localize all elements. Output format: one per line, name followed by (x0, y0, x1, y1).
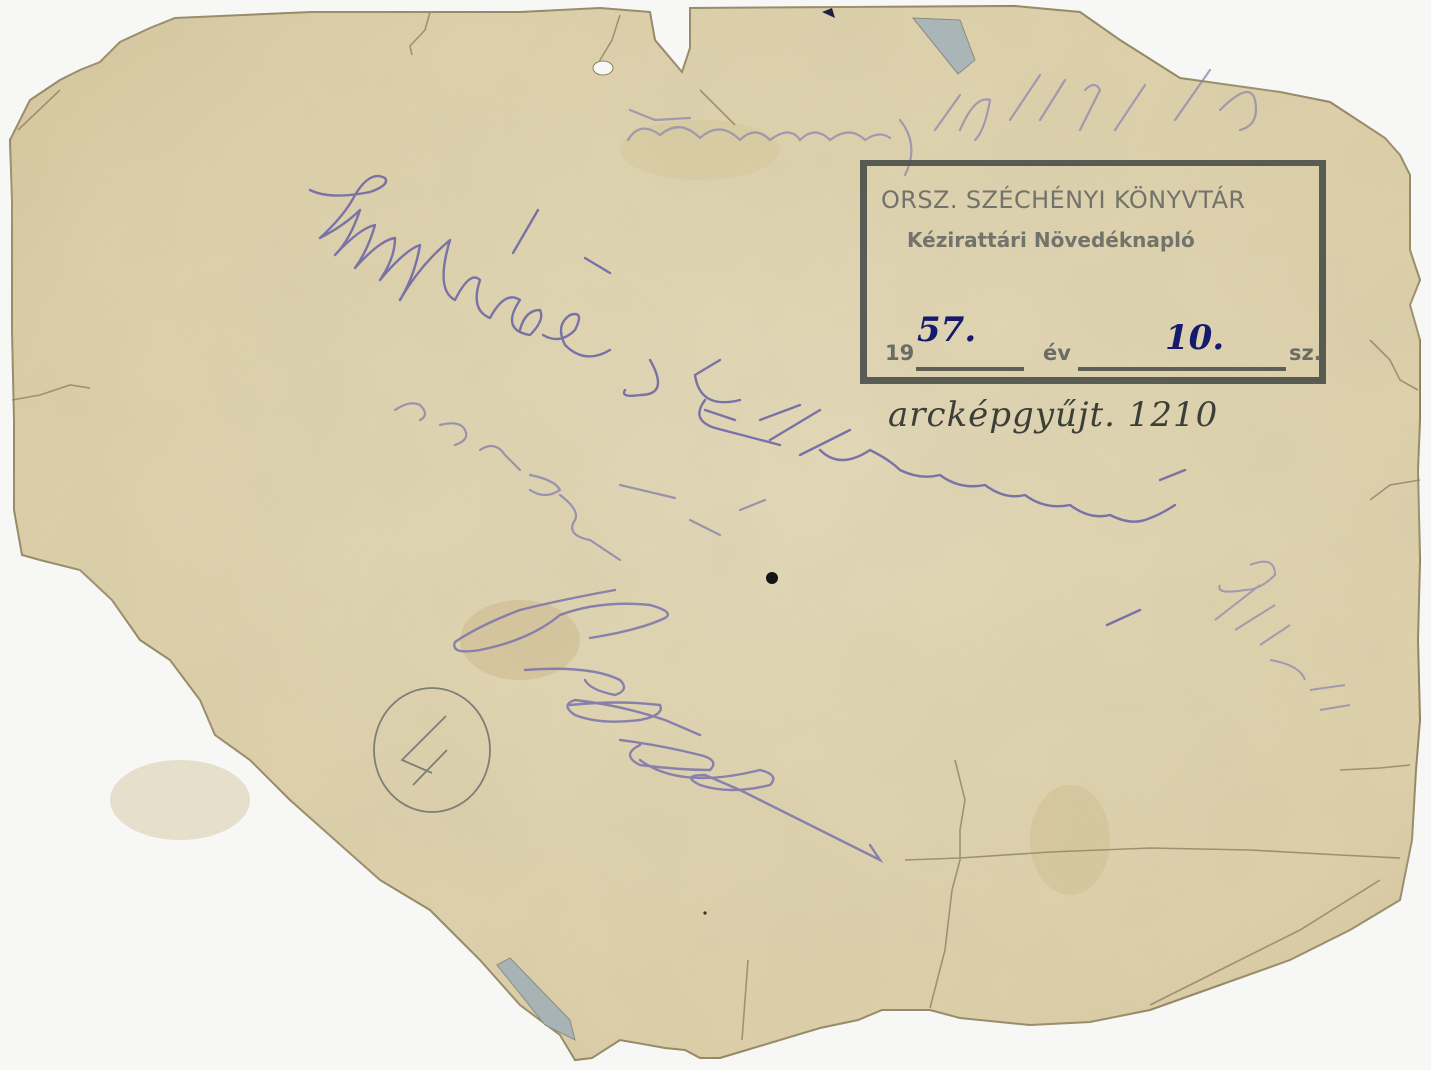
stamp-register: Kézirattári Növedéknapló (907, 228, 1307, 252)
collection-note: arcképgyűjt. 1210 (888, 395, 1218, 435)
stamp-year-rule (916, 367, 1024, 371)
punch-hole (593, 61, 613, 75)
stamp-year-label: év (1043, 341, 1071, 365)
stamp-number-value: 10. (1165, 318, 1224, 358)
ink-dot (766, 572, 778, 584)
stamp-year-value: 57. (917, 310, 976, 350)
stamp-year-prefix: 19 (885, 341, 914, 365)
stamp-institution: ORSZ. SZÉCHÉNYI KÖNYVTÁR (881, 186, 1321, 214)
library-accession-stamp: ORSZ. SZÉCHÉNYI KÖNYVTÁR Kézirattári Növ… (860, 160, 1326, 384)
stamp-number-label: sz. (1289, 341, 1322, 365)
stamp-number-rule (1078, 367, 1286, 371)
